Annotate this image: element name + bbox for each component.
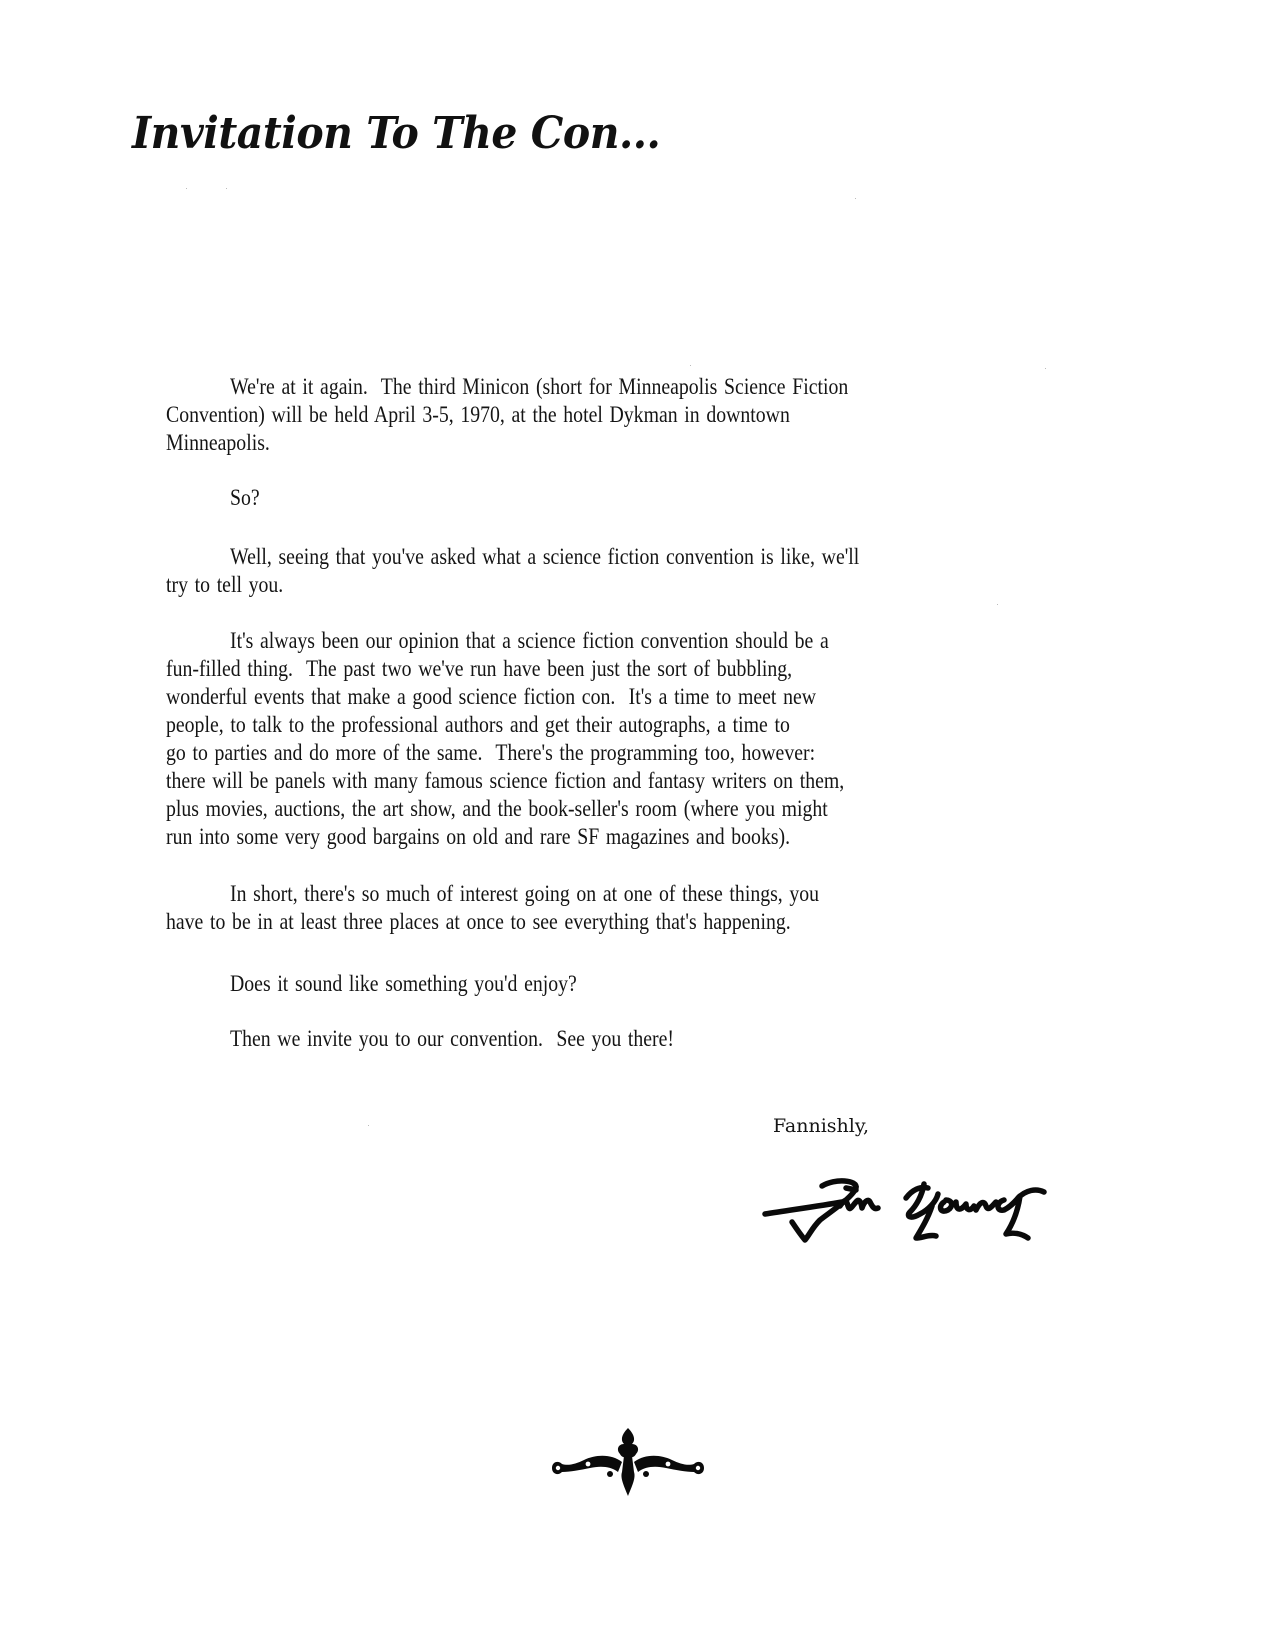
- body-text-line: there will be panels with many famous sc…: [166, 767, 844, 795]
- body-text-line: fun-filled thing. The past two we've run…: [166, 655, 792, 683]
- body-text-line: In short, there's so much of interest go…: [230, 880, 819, 908]
- body-text-line: Does it sound like something you'd enjoy…: [230, 970, 577, 998]
- scan-speck: [997, 604, 998, 605]
- body-text-line: It's always been our opinion that a scie…: [230, 627, 829, 655]
- body-text-line: try to tell you.: [166, 571, 283, 599]
- body-text-line: plus movies, auctions, the art show, and…: [166, 795, 828, 823]
- body-text-line: run into some very good bargains on old …: [166, 823, 790, 851]
- body-text-line: go to parties and do more of the same. T…: [166, 739, 815, 767]
- page-title: Invitation To The Con...: [132, 108, 660, 160]
- body-text-line: Convention) will be held April 3-5, 1970…: [166, 401, 790, 429]
- scan-speck: [1045, 368, 1046, 369]
- scan-speck: [368, 1125, 369, 1126]
- body-text-line: people, to talk to the professional auth…: [166, 711, 790, 739]
- body-text-line: have to be in at least three places at o…: [166, 908, 791, 936]
- document-page: Invitation To The Con... We're at it aga…: [0, 0, 1275, 1650]
- scan-speck: [690, 365, 691, 366]
- decorative-ornament-icon: [550, 1426, 706, 1498]
- body-text-line: Then we invite you to our convention. Se…: [230, 1025, 674, 1053]
- body-text-line: wonderful events that make a good scienc…: [166, 683, 816, 711]
- body-text-line: We're at it again. The third Minicon (sh…: [230, 373, 848, 401]
- scan-speck: [855, 198, 856, 199]
- body-text-line: Well, seeing that you've asked what a sc…: [230, 543, 859, 571]
- scan-speck: [226, 188, 227, 189]
- signature-icon: [760, 1176, 1050, 1248]
- closing-salutation: Fannishly,: [773, 1115, 869, 1137]
- body-text-line: So?: [230, 484, 260, 512]
- scan-speck: [186, 188, 187, 189]
- body-text-line: Minneapolis.: [166, 429, 270, 457]
